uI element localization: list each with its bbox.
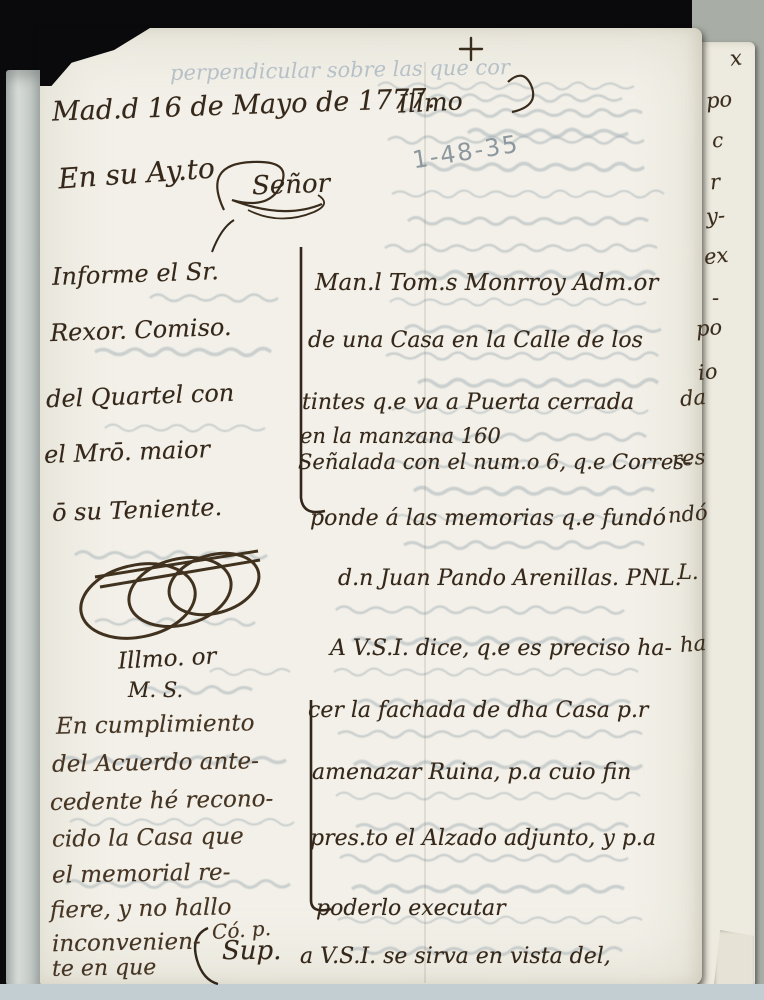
margin-informe-line: el Mrō. maior <box>44 437 211 467</box>
margin-addressee-line: M. S. <box>128 680 183 701</box>
margin-informe-line: del Quartel con <box>46 381 235 412</box>
body-line: tintes q.e va a Puerta cerrada <box>302 392 634 414</box>
body-line: en la manzana 160 <box>300 426 501 447</box>
dateline-addressee: Illmo <box>397 88 463 116</box>
margin-addressee-line: Illmo. or <box>117 645 217 673</box>
page-edge-fragment: ndó <box>667 500 709 527</box>
body-line: pres.to el Alzado adjunto, y p.a <box>310 828 656 850</box>
report-line: te en que <box>52 957 157 981</box>
petition-sup-prefix: Sup. <box>222 938 281 964</box>
next-page-folded-corner <box>714 930 754 988</box>
body-line: Señalada con el num.o 6, q.e Corres- <box>298 452 691 473</box>
manuscript-scan: perpendicular sobre las que cor 1-48-35 … <box>0 0 764 1000</box>
page-edge-fragment: L. <box>678 560 699 584</box>
body-line: de una Casa en la Calle de los <box>308 330 643 352</box>
margin-informe-line: Rexor. Comiso. <box>50 315 232 345</box>
petition-close-line: a V.S.I. se sirva en vista del, <box>300 946 611 968</box>
body-line: cer la fachada de dha Casa p.r <box>308 700 648 722</box>
report-line: cido la Casa que <box>52 825 244 851</box>
report-line: inconvenien- <box>52 931 201 957</box>
page-edge-fragment: da <box>679 385 707 411</box>
salutation-senor: Señor <box>252 171 331 200</box>
body-line: A V.S.I. dice, q.e es preciso ha- <box>330 638 672 660</box>
margin-informe-line: ō su Teniente. <box>52 495 223 525</box>
page-edge-fragment: ha <box>679 631 707 657</box>
body-line: amenazar Ruina, p.a cuio fin <box>312 762 631 784</box>
body-line: ponde á las memorias q.e fundó <box>310 508 666 530</box>
bleedthrough-text: perpendicular sobre las que cor <box>170 57 510 84</box>
page-edge-fragment: res <box>671 445 706 471</box>
report-line: el memorial re- <box>52 861 231 887</box>
table-background-bottom <box>0 984 764 1000</box>
body-line: Man.l Tom.s Monrroy Adm.or <box>315 272 658 295</box>
margin-informe-line: Informe el Sr. <box>52 259 219 289</box>
page-edge-fragment: x <box>729 45 743 70</box>
report-line: del Acuerdo ante- <box>52 750 259 777</box>
page-edge-fragment: c <box>711 128 724 153</box>
page-edge-fragment: - <box>712 286 719 310</box>
report-line: En cumplimiento <box>56 712 255 738</box>
body-line: d.n Juan Pando Arenillas. PNL. <box>338 568 682 590</box>
page-edge-fragment: po <box>705 87 733 113</box>
page-edge-fragment: r <box>709 170 721 195</box>
page-edge-fragment: po <box>695 315 723 341</box>
report-line: cedente hé recono- <box>50 788 274 815</box>
binding-edge <box>6 70 40 986</box>
body-line: poderlo executar <box>316 898 506 920</box>
page-edge-fragment: y- <box>705 203 726 229</box>
page-edge-fragment: io <box>697 359 719 385</box>
report-line: fiere, y no hallo <box>50 896 232 922</box>
page-edge-fragment: ex <box>703 243 730 269</box>
